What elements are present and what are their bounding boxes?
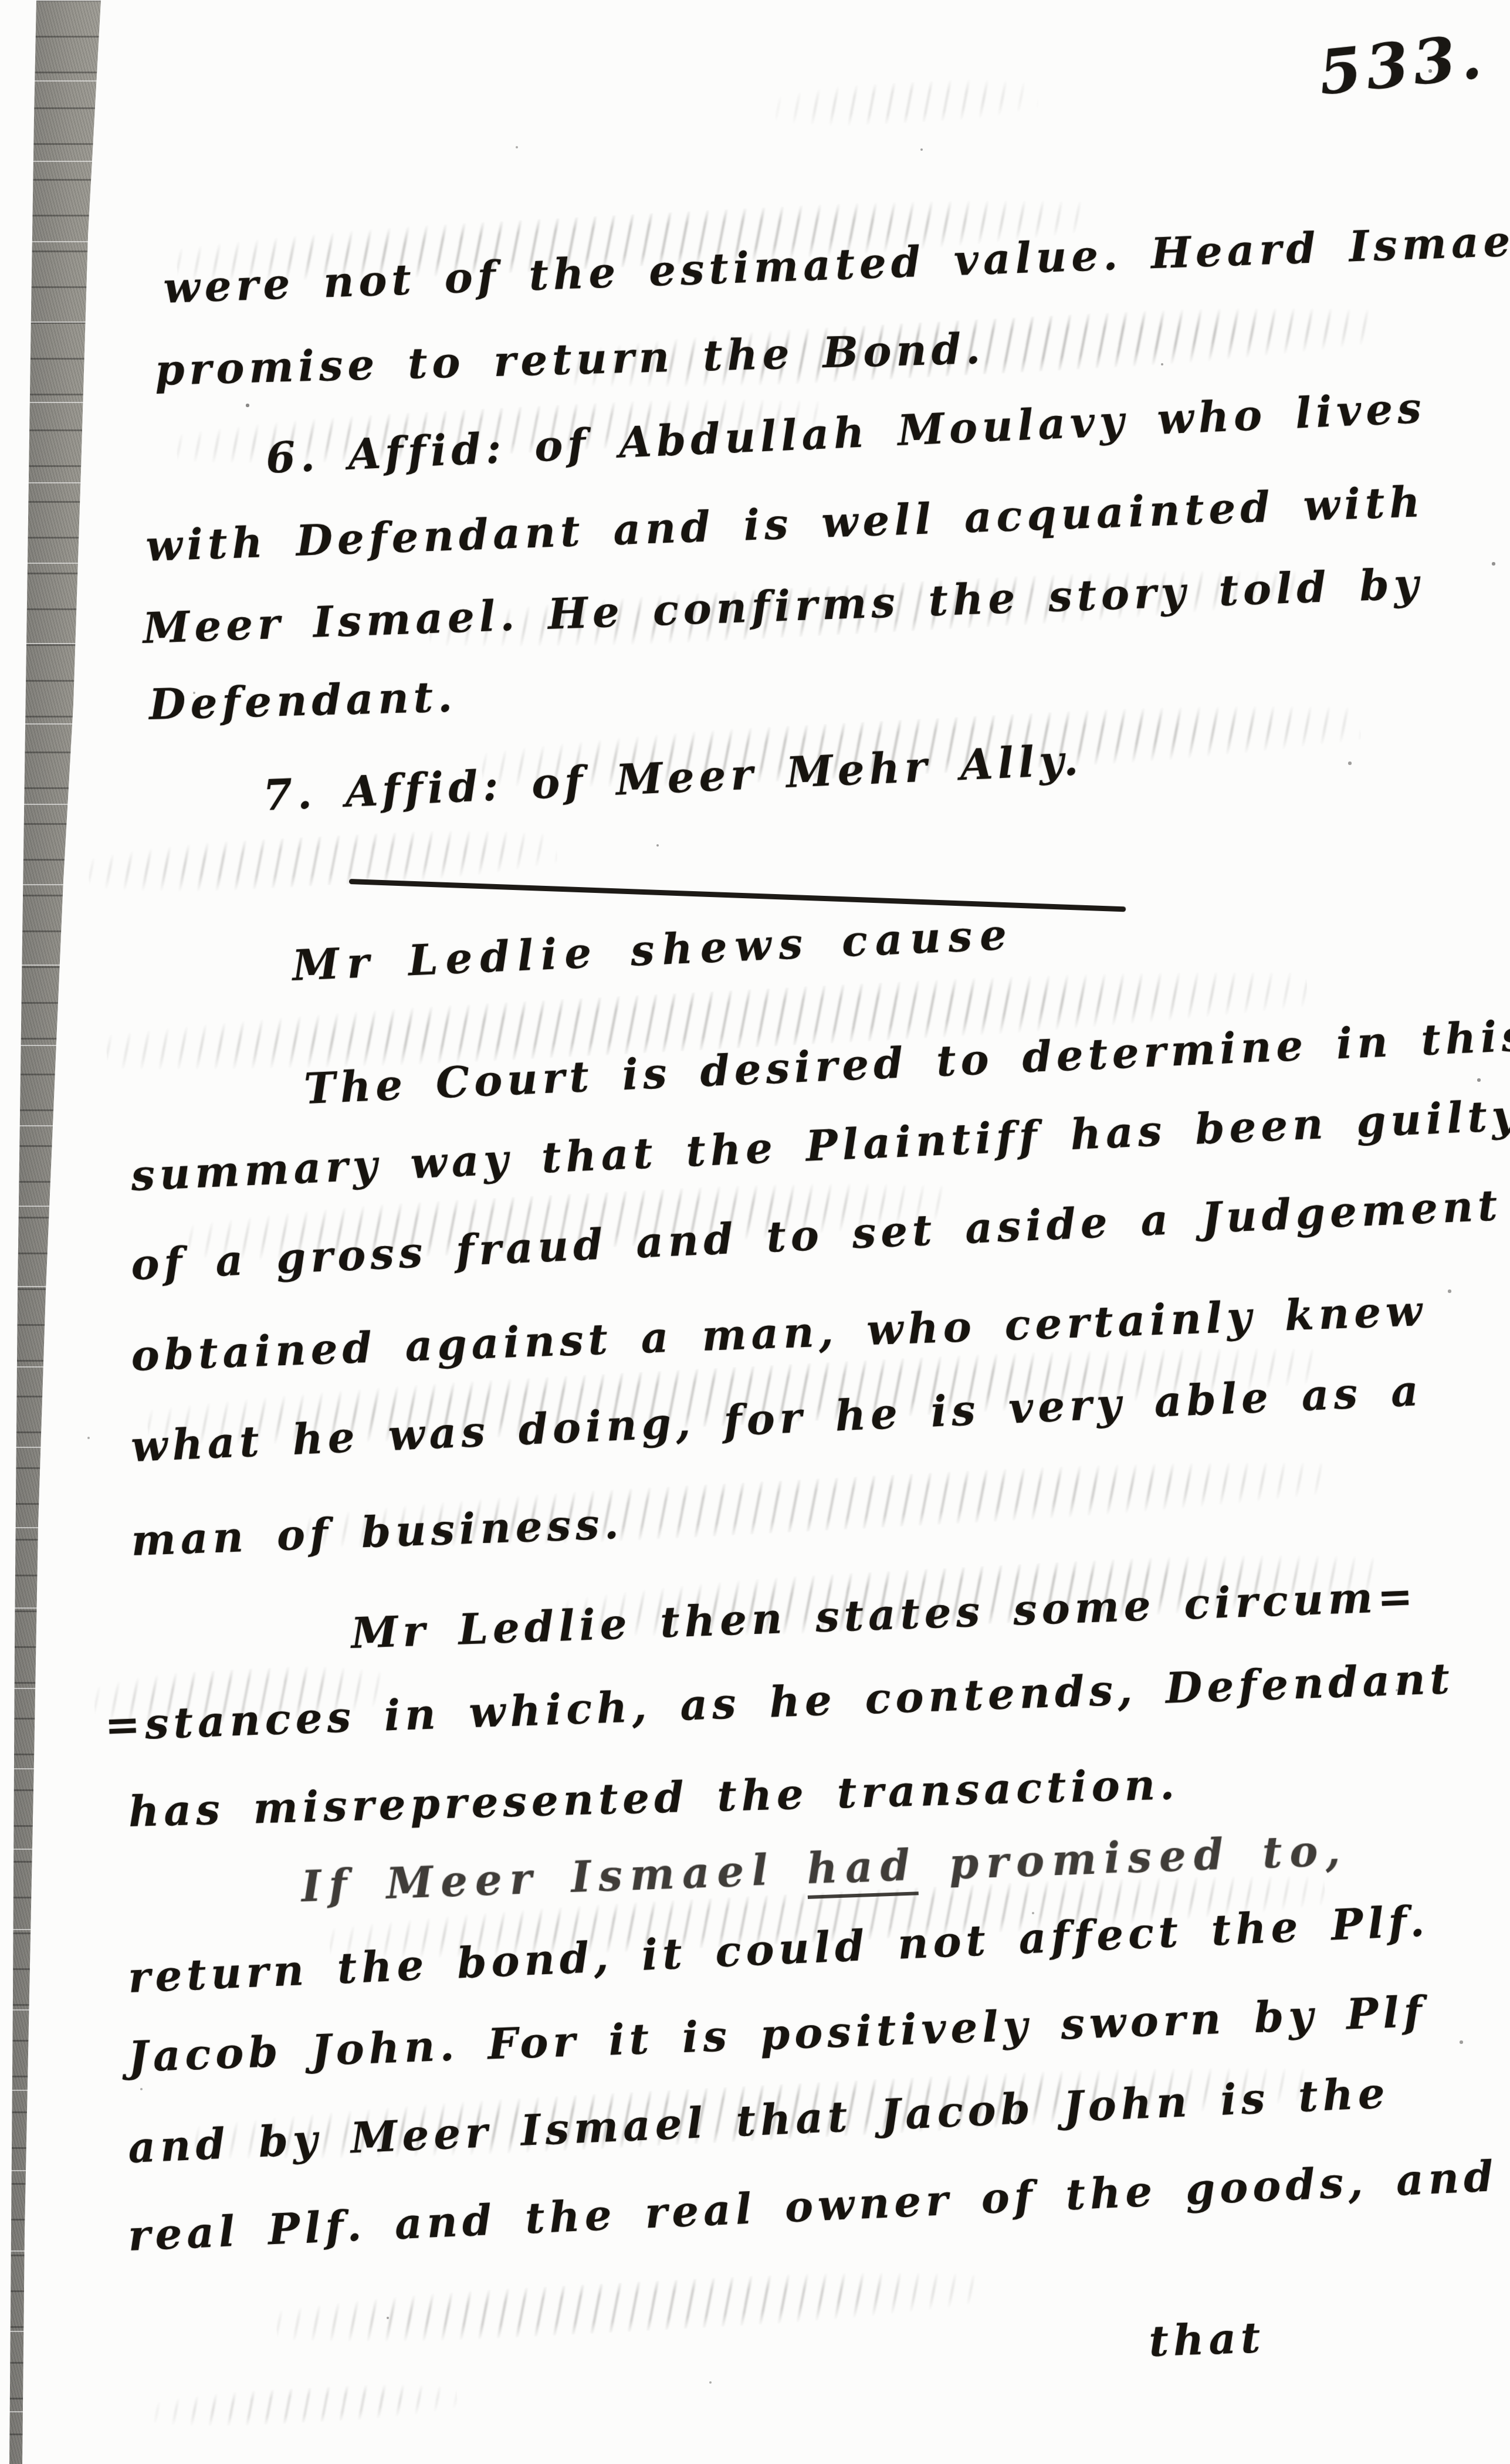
manuscript-page: 533. were not of the estimated value. He…: [0, 0, 1510, 2464]
manuscript-line: Jacob John. For it is positively sworn b…: [127, 1991, 1427, 2078]
manuscript-line: obtained against a man, who certainly kn…: [130, 1289, 1427, 1377]
manuscript-line: real Plf. and the real owner of the good…: [127, 2155, 1499, 2257]
manuscript-line: promise to return the Bond.: [154, 327, 986, 391]
page-number: 533.: [1315, 19, 1489, 109]
manuscript-line: were not of the estimated value. Heard I…: [162, 219, 1510, 309]
manuscript-line: 6. Affid: of Abdullah Moulavy who lives: [265, 387, 1427, 479]
bleedthrough-mark: [275, 2264, 981, 2351]
manuscript-line: has misrepresented the transaction.: [128, 1763, 1180, 1833]
manuscript-line: Mr Ledlie shews cause: [292, 913, 1015, 987]
manuscript-line: what he was doing, for he is very able a…: [130, 1369, 1424, 1468]
bleedthrough-mark: [152, 2380, 458, 2431]
manuscript-line: Mr Ledlie then states some circum=: [350, 1575, 1418, 1654]
catchword: that: [1148, 2316, 1265, 2363]
manuscript-line: Meer Ismael. He confirms the story told …: [142, 563, 1423, 649]
section-divider-line: [349, 879, 1126, 912]
book-gutter-edge: [0, 0, 129, 2464]
manuscript-line: and by Meer Ismael that Jacob John is th…: [127, 2072, 1390, 2169]
manuscript-line: with Defendant and is well acquainted wi…: [145, 480, 1425, 567]
bleedthrough-mark: [773, 75, 1039, 130]
manuscript-line: of a gross fraud and to set aside a Judg…: [130, 1184, 1503, 1286]
manuscript-line: If Meer Ismael had promised to,: [300, 1829, 1348, 1908]
line-text: promised to,: [916, 1825, 1349, 1890]
manuscript-line: 7. Affid: of Meer Mehr Ally.: [262, 739, 1084, 817]
ink-specks: [0, 0, 1, 1]
manuscript-line: man of business.: [130, 1502, 624, 1562]
underlined-word: had: [806, 1840, 919, 1899]
line-text: If Meer Ismael: [300, 1844, 808, 1911]
manuscript-line: The Court is desired to determine in thi…: [303, 1014, 1510, 1110]
manuscript-line: =stances in which, as he contends, Defen…: [104, 1657, 1454, 1747]
manuscript-line: Defendant.: [148, 675, 458, 726]
manuscript-line: return the bond, it could not affect the…: [127, 1900, 1430, 1999]
